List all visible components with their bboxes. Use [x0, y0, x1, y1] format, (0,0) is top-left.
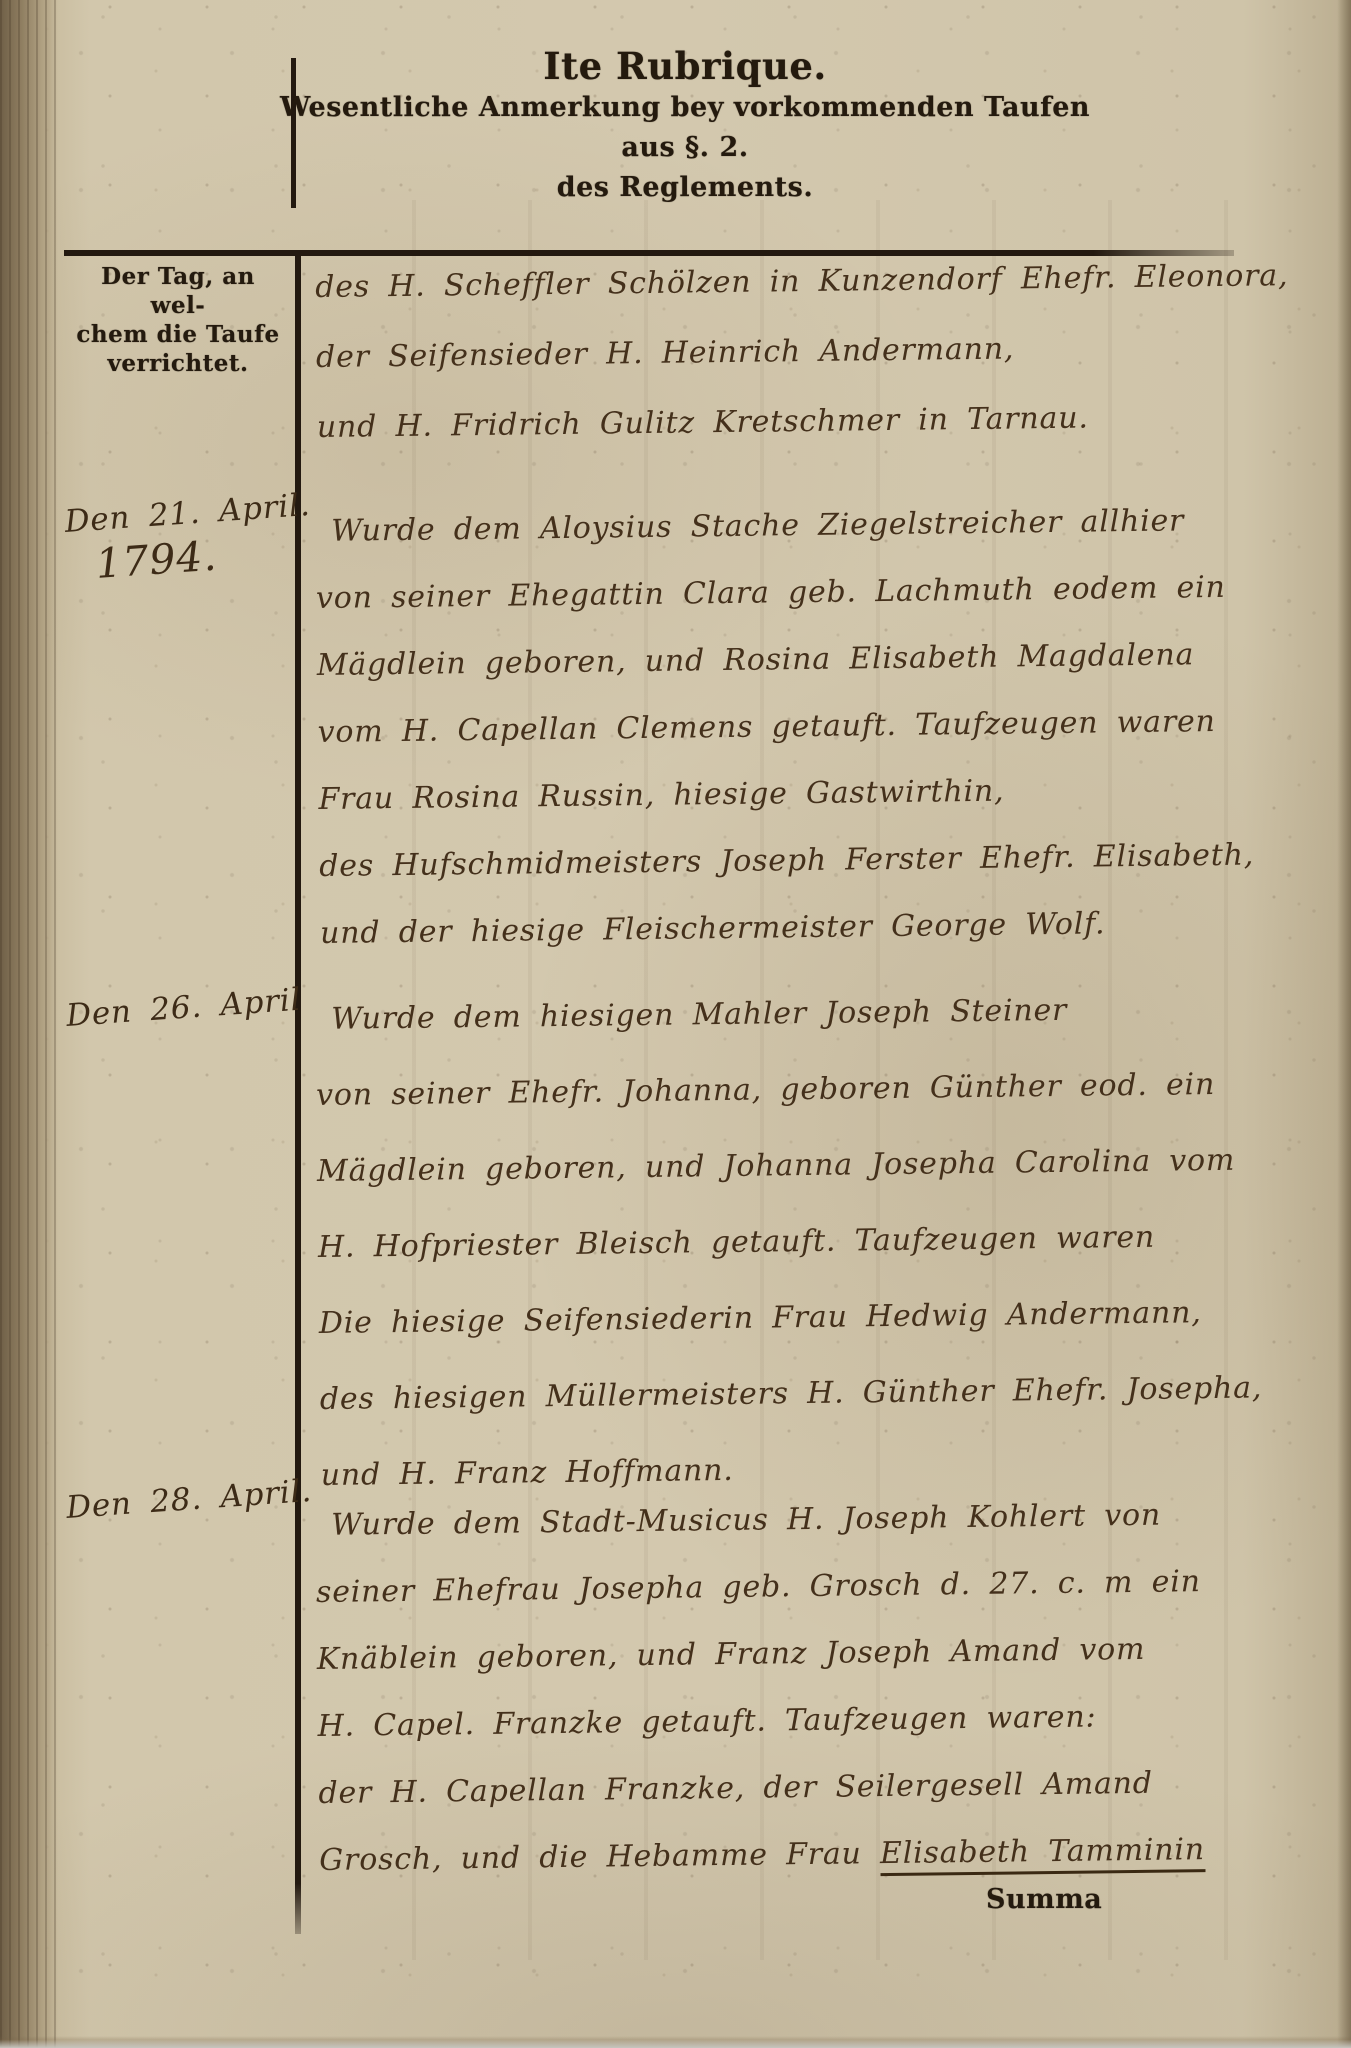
register-entry: Wurde dem hiesigen Mahler Joseph Steiner…	[315, 990, 1341, 1534]
entry-text-line: der H. Capellan Franzke, der Seilergesel…	[318, 1764, 1339, 1843]
entry-text-line: von seiner Ehefr. Johanna, geboren Günth…	[316, 1066, 1337, 1154]
entry-text-line: und der hiesige Fleischermeister George …	[320, 904, 1341, 983]
register-entry: des H. Scheffler Schölzen in Kunzendorf …	[315, 258, 1337, 480]
entry-text-line: Die hiesige Seifensiederin Frau Hedwig A…	[319, 1294, 1340, 1382]
entry-text: der Seifensieder H. Heinrich Andermann,	[316, 331, 1015, 375]
register-entry: Wurde dem Aloysius Stache Ziegelstreiche…	[315, 502, 1341, 983]
entry-text-line: des H. Scheffler Schölzen in Kunzendorf …	[315, 258, 1336, 340]
book-binding-edge	[0, 0, 58, 2048]
entry-text-line: Frau Rosina Russin, hiesige Gastwirthin,	[318, 770, 1339, 849]
entry-text: Wurde dem hiesigen Mahler Joseph Steiner	[331, 993, 1067, 1037]
entry-text-line: Wurde dem hiesigen Mahler Joseph Steiner	[315, 990, 1336, 1078]
header-subtitle-line1: Wesentliche Anmerkung bey vorkommenden T…	[255, 88, 1115, 168]
entry-text-line: H. Hofpriester Bleisch getauft. Taufzeug…	[318, 1218, 1339, 1306]
baptism-date: Den 26. April	[65, 978, 298, 1038]
date-column-header: Der Tag, an wel- chem die Taufe verricht…	[72, 262, 284, 378]
entry-text-line: Mägdlein geboren, und Rosina Elisabeth M…	[317, 636, 1338, 715]
register-page-scan: Ite Rubrique. Wesentliche Anmerkung bey …	[0, 0, 1351, 2048]
entry-text-line: des hiesigen Müllermeisters H. Günther E…	[320, 1370, 1341, 1458]
table-top-rule	[64, 250, 1234, 256]
underlined-name: Elisabeth Tamminin	[880, 1832, 1205, 1876]
entry-text-line: Knäblein geboren, und Franz Joseph Amand…	[317, 1630, 1338, 1709]
entry-text-line: und H. Fridrich Gulitz Kretschmer in Tar…	[317, 398, 1338, 480]
baptism-date-line: Den 26. April	[65, 978, 298, 1038]
header-subtitle-line2: des Reglements.	[255, 168, 1115, 208]
entry-text-line: des Hufschmidmeisters Joseph Ferster Ehe…	[319, 837, 1340, 916]
baptism-date: Den 28. April.	[65, 1470, 298, 1530]
baptism-date: Den 21. April.1794.	[63, 484, 299, 588]
entry-text-line: vom H. Capellan Clemens getauft. Taufzeu…	[317, 703, 1338, 782]
date-column-header-line: chem die Taufe	[72, 320, 284, 349]
page-bottom-edge	[0, 2036, 1351, 2048]
entry-text: des H. Scheffler Schölzen in Kunzendorf …	[315, 258, 1289, 305]
baptism-date-line: Den 28. April.	[65, 1470, 298, 1530]
page-right-edge	[1337, 0, 1351, 2048]
date-column-header-line: Der Tag, an wel-	[72, 262, 284, 320]
entry-text-line: der Seifensieder H. Heinrich Andermann,	[316, 328, 1337, 410]
page-header: Ite Rubrique. Wesentliche Anmerkung bey …	[255, 44, 1115, 208]
entry-text: Grosch, und die Hebamme Frau	[319, 1836, 880, 1878]
entry-text-line: Wurde dem Stadt-Musicus H. Joseph Kohler…	[315, 1496, 1336, 1575]
entry-text: und H. Franz Hoffmann.	[321, 1453, 734, 1493]
summa-label: Summa	[986, 1884, 1102, 1915]
entry-text-line: seiner Ehefrau Josepha geb. Grosch d. 27…	[316, 1563, 1337, 1642]
entry-text-line: von seiner Ehegattin Clara geb. Lachmuth…	[316, 569, 1337, 648]
entry-text-line: H. Capel. Franzke getauft. Taufzeugen wa…	[317, 1697, 1338, 1776]
entry-text: Wurde dem Aloysius Stache Ziegelstreiche…	[331, 503, 1184, 548]
entry-text-line: Wurde dem Aloysius Stache Ziegelstreiche…	[315, 502, 1336, 581]
date-column-header-line: verrichtet.	[72, 349, 284, 378]
entry-text-line: Grosch, und die Hebamme Frau Elisabeth T…	[319, 1831, 1340, 1910]
entry-text: Frau Rosina Russin, hiesige Gastwirthin,	[318, 774, 1004, 817]
register-entry: Wurde dem Stadt-Musicus H. Joseph Kohler…	[315, 1496, 1340, 1910]
entry-text-line: Mägdlein geboren, und Johanna Josepha Ca…	[317, 1142, 1338, 1230]
rubric-title: Ite Rubrique.	[255, 44, 1115, 88]
